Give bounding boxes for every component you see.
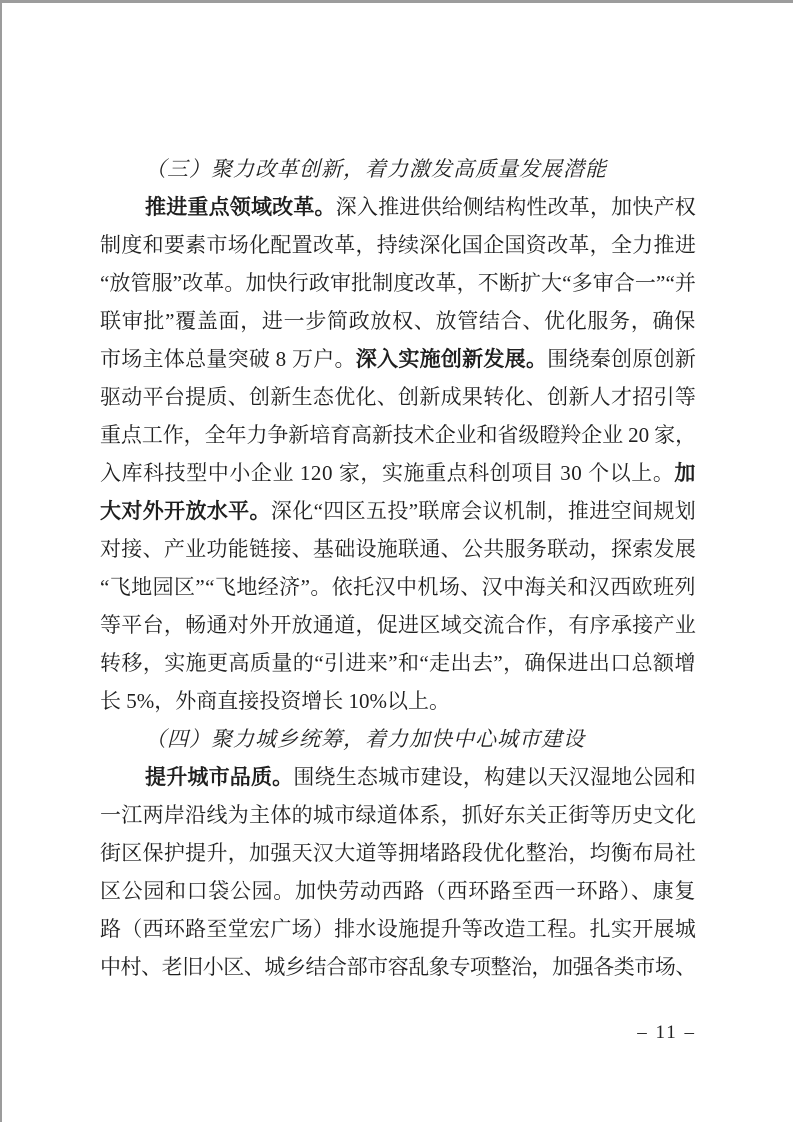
text-segment: 等平台，畅通对外开放通道，促进区域交流合作，有序承接产业: [100, 613, 696, 637]
text-line: 重点工作，全年力争新培育高新技术企业和省级瞪羚企业 20 家，: [100, 416, 696, 454]
page-number: – 11 –: [100, 1020, 696, 1046]
text-line: 区公园和口袋公园。加快劳动西路（西环路至西一环路）、康复: [100, 872, 696, 910]
text-segment: “放管服”改革。加快行政审批制度改革，不断扩大“多审合一”“并: [100, 271, 696, 295]
text-line: 中村、老旧小区、城乡结合部市容乱象专项整治，加强各类市场、: [100, 948, 696, 986]
text-line: 市场主体总量突破 8 万户。深入实施创新发展。围绕秦创原创新: [100, 340, 696, 378]
text-segment: 围绕生态城市建设，构建以天汉湿地公园和: [293, 765, 696, 789]
scan-edge-left-artifact: [0, 0, 2, 1122]
text-segment: （四）聚力城乡统筹，着力加快中心城市建设: [145, 727, 585, 751]
text-segment: 街区保护提升，加强天汉大道等拥堵路段优化整治，均衡布局社: [100, 841, 696, 865]
text-segment: 深入推进供给侧结构性改革，加快产权: [336, 195, 696, 219]
text-line: 街区保护提升，加强天汉大道等拥堵路段优化整治，均衡布局社: [100, 834, 696, 872]
section-heading: （四）聚力城乡统筹，着力加快中心城市建设: [100, 720, 696, 758]
text-line: “放管服”改革。加快行政审批制度改革，不断扩大“多审合一”“并: [100, 264, 696, 302]
document-page: （三）聚力改革创新，着力激发高质量发展潜能推进重点领域改革。深入推进供给侧结构性…: [0, 0, 793, 1122]
text-segment: 区公园和口袋公园。加快劳动西路（西环路至西一环路）、康复: [100, 879, 696, 903]
text-line: 转移，实施更高质量的“引进来”和“走出去”，确保进出口总额增: [100, 644, 696, 682]
text-segment: （三）聚力改革创新，着力激发高质量发展潜能: [145, 157, 607, 181]
text-line: 提升城市品质。围绕生态城市建设，构建以天汉湿地公园和: [100, 758, 696, 796]
text-line: 入库科技型中小企业 120 家，实施重点科创项目 30 个以上。加: [100, 454, 696, 492]
text-segment: 入库科技型中小企业 120 家，实施重点科创项目 30 个以上。: [100, 461, 674, 485]
text-segment: 制度和要素市场化配置改革，持续深化国企国资改革，全力推进: [100, 233, 696, 257]
text-segment: 转移，实施更高质量的“引进来”和“走出去”，确保进出口总额增: [100, 651, 696, 675]
text-line: 一江两岸沿线为主体的城市绿道体系，抓好东关正街等历史文化: [100, 796, 696, 834]
text-segment: “飞地园区”“飞地经济”。依托汉中机场、汉中海关和汉西欧班列: [100, 575, 696, 599]
emphasis-text-segment: 提升城市品质。: [145, 766, 293, 789]
document-body: （三）聚力改革创新，着力激发高质量发展潜能推进重点领域改革。深入推进供给侧结构性…: [100, 150, 696, 986]
text-segment: 对接、产业功能链接、基础设施联通、公共服务联动，探索发展: [100, 537, 696, 561]
text-segment: 路（西环路至堂宏广场）排水设施提升等改造工程。扎实开展城: [100, 917, 696, 941]
section-heading: （三）聚力改革创新，着力激发高质量发展潜能: [100, 150, 696, 188]
text-line: 制度和要素市场化配置改革，持续深化国企国资改革，全力推进: [100, 226, 696, 264]
emphasis-text-segment: 推进重点领域改革。: [145, 196, 336, 219]
text-line: “飞地园区”“飞地经济”。依托汉中机场、汉中海关和汉西欧班列: [100, 568, 696, 606]
emphasis-text-segment: 大对外开放水平。: [100, 500, 271, 523]
emphasis-text-segment: 深入实施创新发展。: [356, 348, 547, 371]
emphasis-text-segment: 加: [674, 462, 696, 485]
scan-edge-top-artifact: [0, 0, 793, 3]
text-segment: 一江两岸沿线为主体的城市绿道体系，抓好东关正街等历史文化: [100, 803, 696, 827]
text-line: 推进重点领域改革。深入推进供给侧结构性改革，加快产权: [100, 188, 696, 226]
text-segment: 围绕秦创原创新: [547, 347, 696, 371]
text-segment: 长 5%，外商直接投资增长 10%以上。: [100, 689, 450, 713]
text-line: 长 5%，外商直接投资增长 10%以上。: [100, 682, 696, 720]
text-segment: 联审批”覆盖面，进一步简政放权、放管结合、优化服务，确保: [100, 309, 696, 333]
text-segment: 深化“四区五投”联席会议机制，推进空间规划: [271, 499, 696, 523]
text-segment: 重点工作，全年力争新培育高新技术企业和省级瞪羚企业 20 家，: [100, 423, 696, 447]
text-segment: 驱动平台提质、创新生态优化、创新成果转化、创新人才招引等: [100, 385, 696, 409]
text-segment: 中村、老旧小区、城乡结合部市容乱象专项整治，加强各类市场、: [100, 955, 696, 979]
text-line: 联审批”覆盖面，进一步简政放权、放管结合、优化服务，确保: [100, 302, 696, 340]
text-line: 对接、产业功能链接、基础设施联通、公共服务联动，探索发展: [100, 530, 696, 568]
text-line: 驱动平台提质、创新生态优化、创新成果转化、创新人才招引等: [100, 378, 696, 416]
text-line: 路（西环路至堂宏广场）排水设施提升等改造工程。扎实开展城: [100, 910, 696, 948]
text-segment: 市场主体总量突破 8 万户。: [100, 347, 356, 371]
text-line: 等平台，畅通对外开放通道，促进区域交流合作，有序承接产业: [100, 606, 696, 644]
text-line: 大对外开放水平。深化“四区五投”联席会议机制，推进空间规划: [100, 492, 696, 530]
